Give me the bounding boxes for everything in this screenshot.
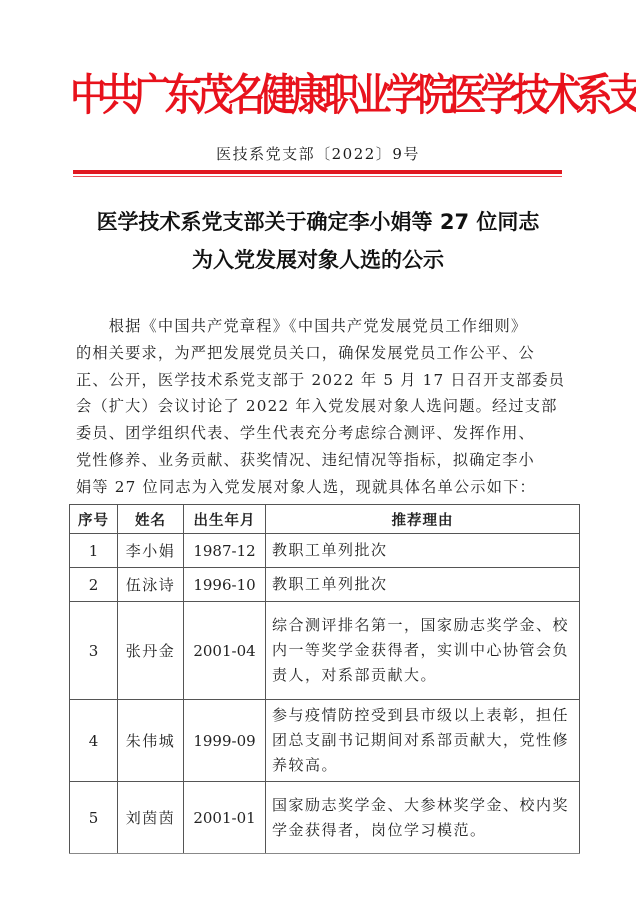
candidate-table: 序号 姓名 出生年月 推荐理由 1 李小娟 1987-12 教职工单列批次 2 … xyxy=(69,504,580,854)
table-row: 5 刘茵茵 2001-01 国家励志奖学金、大参林奖学金、校内奖学金获得者，岗位… xyxy=(70,782,580,854)
cell-name: 李小娟 xyxy=(118,534,184,568)
cell-birth: 2001-01 xyxy=(184,782,266,854)
body-line: 正、公开，医学技术系党支部于 2022 年 5 月 17 日召开支部委员 xyxy=(76,367,570,394)
cell-birth: 1999-09 xyxy=(184,700,266,782)
cell-reason: 教职工单列批次 xyxy=(266,568,580,602)
title-line-2: 为入党发展对象人选的公示 xyxy=(0,241,636,279)
organization-header: 中共广东茂名健康职业学院医学技术系支部委员会 xyxy=(70,63,566,129)
cell-name: 刘茵茵 xyxy=(118,782,184,854)
cell-no: 5 xyxy=(70,782,118,854)
table-row: 3 张丹金 2001-04 综合测评排名第一，国家励志奖学金、校内一等奖学金获得… xyxy=(70,602,580,700)
header-name: 姓名 xyxy=(118,505,184,534)
red-divider-thick xyxy=(73,170,562,174)
red-divider-thin xyxy=(73,176,562,177)
cell-no: 1 xyxy=(70,534,118,568)
cell-no: 2 xyxy=(70,568,118,602)
table-header-row: 序号 姓名 出生年月 推荐理由 xyxy=(70,505,580,534)
document-number: 医技系党支部〔2022〕9号 xyxy=(0,143,636,164)
document-page: 中共广东茂名健康职业学院医学技术系支部委员会 医技系党支部〔2022〕9号 医学… xyxy=(0,0,636,900)
document-title: 医学技术系党支部关于确定李小娟等 27 位同志 为入党发展对象人选的公示 xyxy=(0,203,636,279)
table-row: 4 朱伟城 1999-09 参与疫情防控受到县市级以上表彰，担任团总支副书记期间… xyxy=(70,700,580,782)
cell-reason: 参与疫情防控受到县市级以上表彰，担任团总支副书记期间对系部贡献大，党性修养较高。 xyxy=(266,700,580,782)
cell-reason: 教职工单列批次 xyxy=(266,534,580,568)
header-birth: 出生年月 xyxy=(184,505,266,534)
table-row: 1 李小娟 1987-12 教职工单列批次 xyxy=(70,534,580,568)
title-line-1: 医学技术系党支部关于确定李小娟等 27 位同志 xyxy=(0,203,636,241)
cell-reason: 国家励志奖学金、大参林奖学金、校内奖学金获得者，岗位学习模范。 xyxy=(266,782,580,854)
body-line: 娟等 27 位同志为入党发展对象人选，现就具体名单公示如下： xyxy=(76,474,570,501)
header-reason: 推荐理由 xyxy=(266,505,580,534)
cell-birth: 1987-12 xyxy=(184,534,266,568)
body-line: 会（扩大）会议讨论了 2022 年入党发展对象人选问题。经过支部 xyxy=(76,393,570,420)
table-row: 2 伍泳诗 1996-10 教职工单列批次 xyxy=(70,568,580,602)
body-line: 党性修养、业务贡献、获奖情况、违纪情况等指标，拟确定李小 xyxy=(76,447,570,474)
cell-no: 4 xyxy=(70,700,118,782)
body-paragraph: 根据《中国共产党章程》《中国共产党发展党员工作细则》 的相关要求，为严把发展党员… xyxy=(76,313,570,501)
body-line: 的相关要求，为严把发展党员关口，确保发展党员工作公平、公 xyxy=(76,340,570,367)
body-line: 根据《中国共产党章程》《中国共产党发展党员工作细则》 xyxy=(76,313,570,340)
cell-name: 张丹金 xyxy=(118,602,184,700)
body-line: 委员、团学组织代表、学生代表充分考虑综合测评、发挥作用、 xyxy=(76,420,570,447)
cell-name: 伍泳诗 xyxy=(118,568,184,602)
cell-reason: 综合测评排名第一，国家励志奖学金、校内一等奖学金获得者，实训中心协管会负责人，对… xyxy=(266,602,580,700)
header-no: 序号 xyxy=(70,505,118,534)
cell-birth: 1996-10 xyxy=(184,568,266,602)
cell-no: 3 xyxy=(70,602,118,700)
cell-name: 朱伟城 xyxy=(118,700,184,782)
cell-birth: 2001-04 xyxy=(184,602,266,700)
